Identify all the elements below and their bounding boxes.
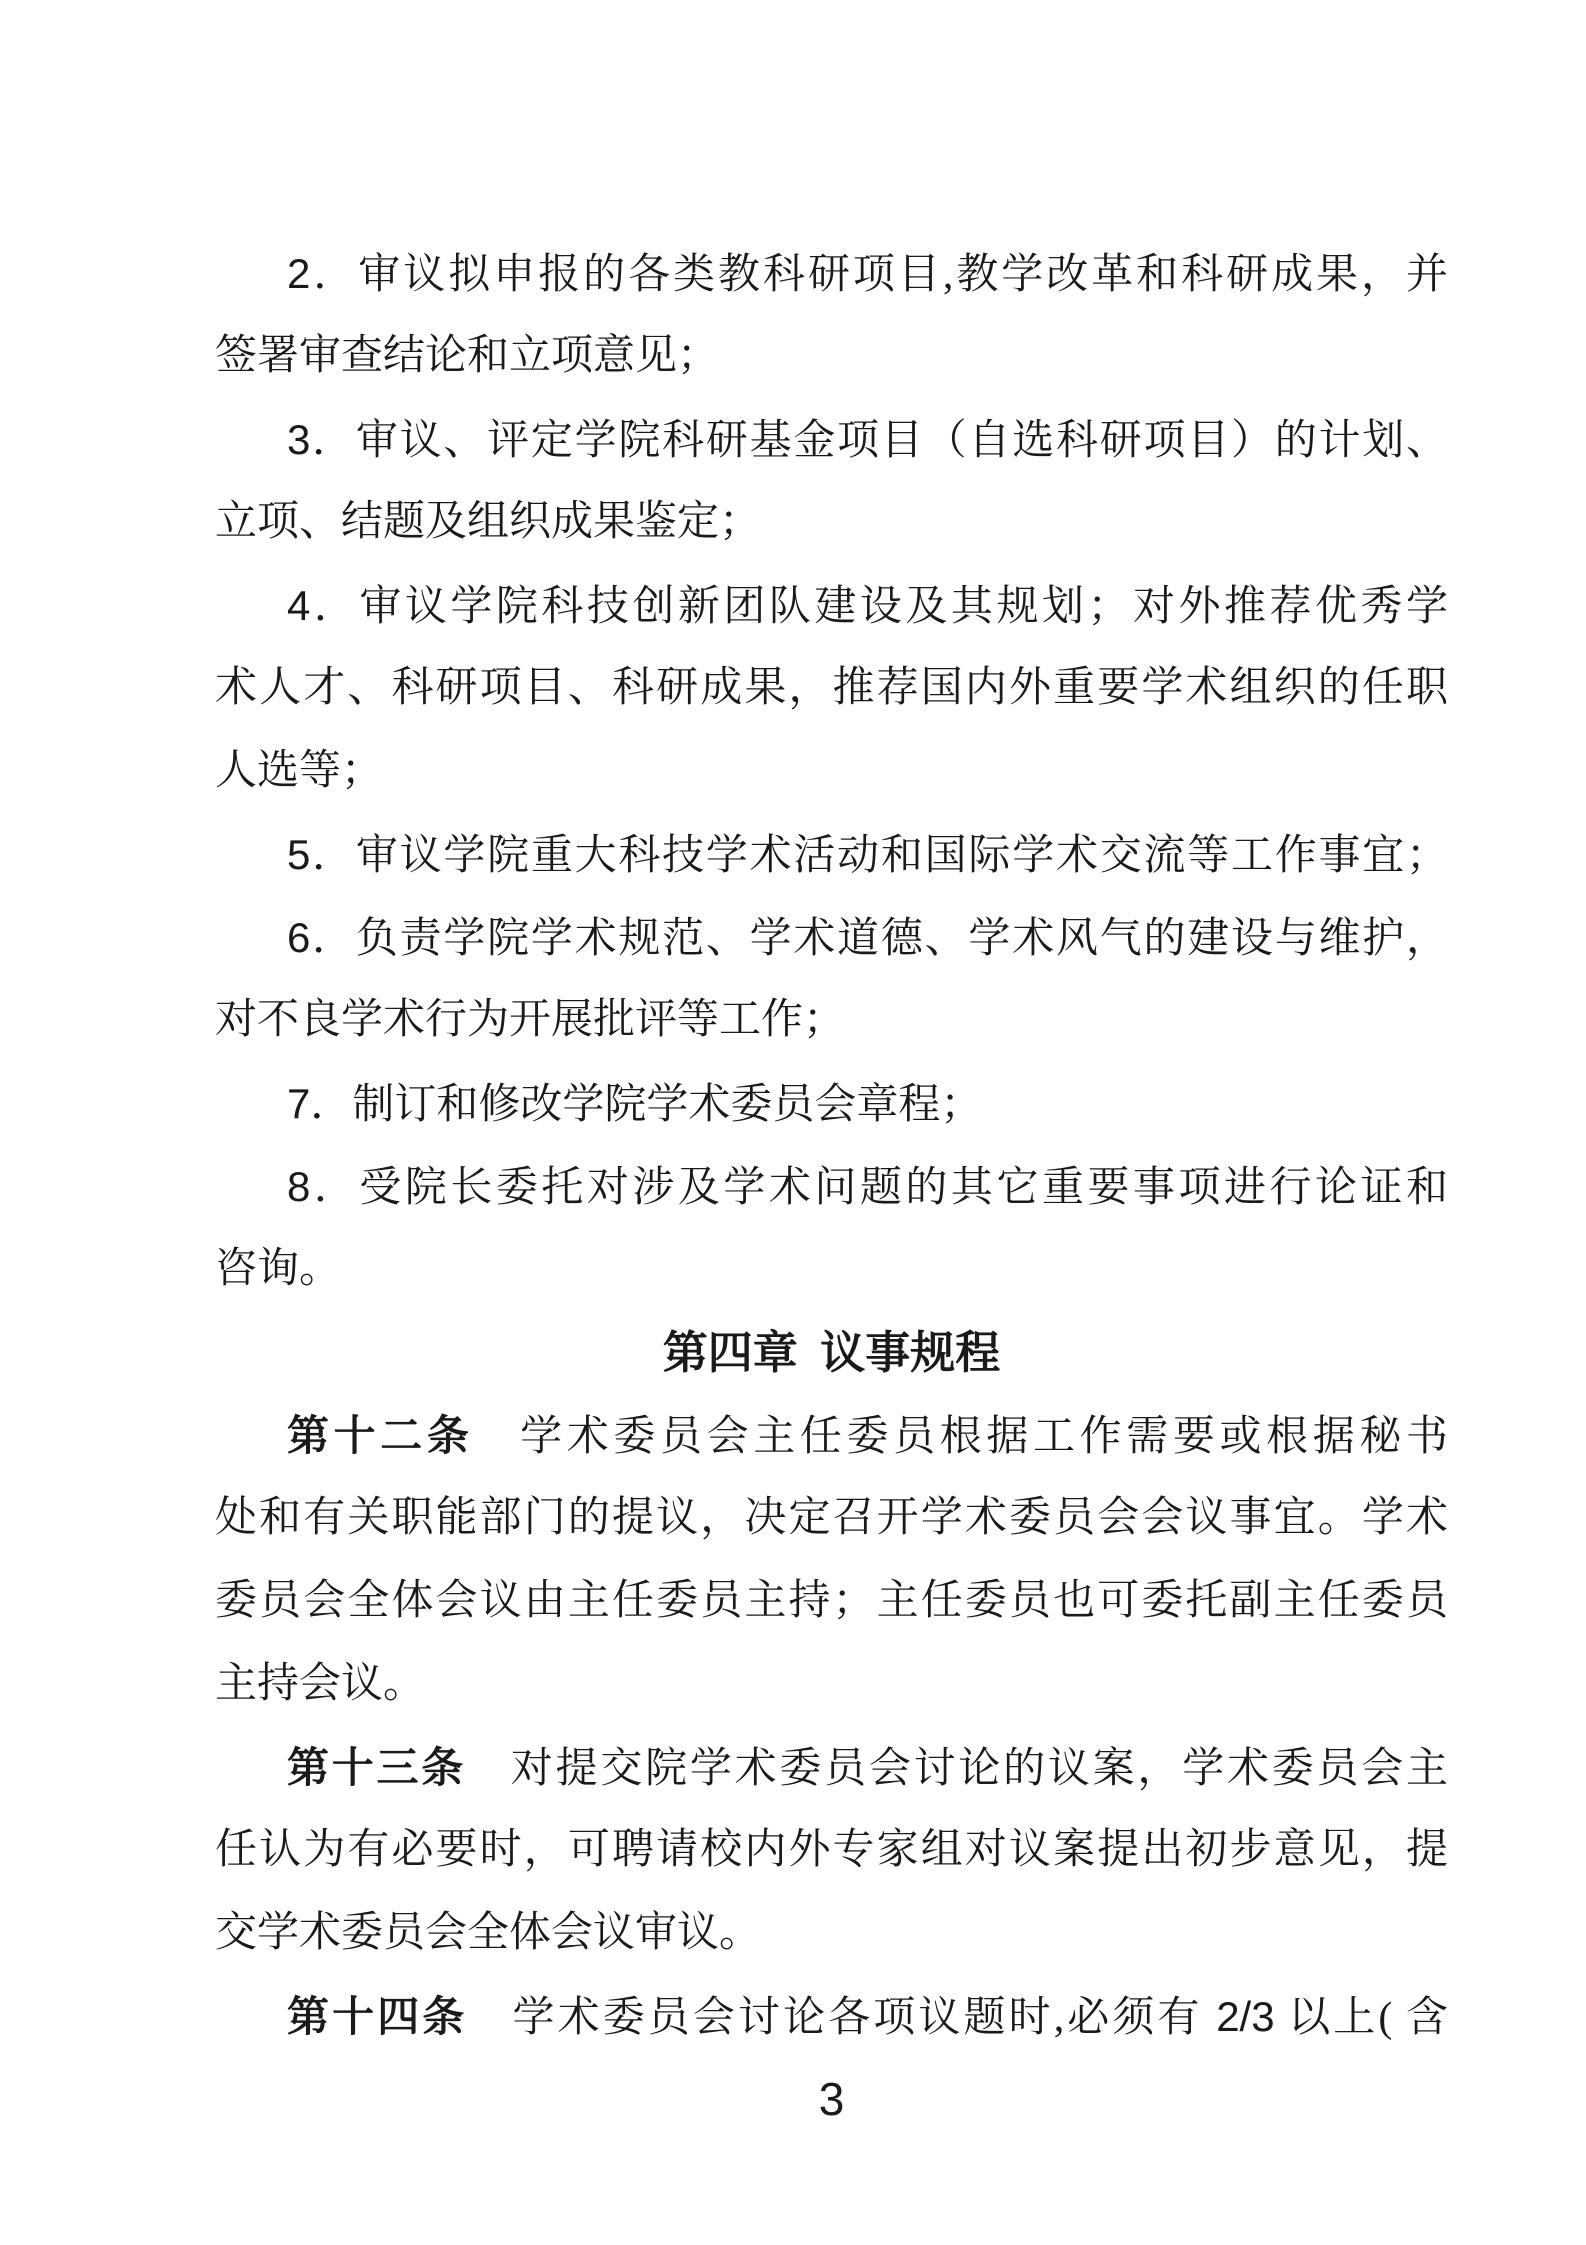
article-number: 第十二条 xyxy=(287,1412,474,1459)
body-text: ．受院长委托对涉及学术问题的其它重要事项进行论证和 xyxy=(310,1165,1448,1211)
list-item-8-line-1: 8．受院长委托对涉及学术问题的其它重要事项进行论证和 xyxy=(215,1145,1448,1228)
chapter-heading: 第四章 议事规程 xyxy=(215,1311,1448,1394)
article-number: 第十三条 xyxy=(287,1744,466,1791)
body-text: 以上( 含 xyxy=(1275,1995,1448,2041)
article-number: 第十四条 xyxy=(287,1993,467,2040)
body-text: ．制订和修改学院学术委员会章程； xyxy=(310,1082,982,1128)
list-item-4-line-3: 人选等； xyxy=(215,730,1448,813)
list-item-2-line-1: 2．审议拟申报的各类教科研项目,教学改革和科研成果，并 xyxy=(215,232,1448,315)
list-item-8-line-2: 咨询。 xyxy=(215,1228,1448,1311)
body-text: ．审议拟申报的各类教科研项目,教学改革和科研成果，并 xyxy=(310,252,1448,298)
list-number: 6 xyxy=(287,914,310,961)
article-12-line-3: 委员会全体会议由主任委员主持；主任委员也可委托副主任委员 xyxy=(215,1560,1448,1643)
article-12-line-2: 处和有关职能部门的提议，决定召开学术委员会会议事宜。学术 xyxy=(215,1477,1448,1560)
text-block: 2．审议拟申报的各类教科研项目,教学改革和科研成果，并 签署审查结论和立项意见；… xyxy=(215,232,1448,2058)
article-12-line-1: 第十二条 学术委员会主任委员根据工作需要或根据秘书 xyxy=(215,1394,1448,1477)
list-number: 3 xyxy=(287,416,310,463)
list-item-4-line-2: 术人才、科研项目、科研成果，推荐国内外重要学术组织的任职 xyxy=(215,647,1448,730)
article-14-line-1: 第十四条 学术委员会讨论各项议题时,必须有 2/3 以上( 含 xyxy=(215,1975,1448,2058)
body-text: ．审议学院科技创新团队建设及其规划；对外推荐优秀学 xyxy=(310,584,1448,630)
body-text: ．审议学院重大科技学术活动和国际学术交流等工作事宜； xyxy=(310,833,1448,879)
list-item-6-line-2: 对不良学术行为开展批评等工作； xyxy=(215,979,1448,1062)
list-number: 4 xyxy=(287,582,310,629)
article-13-line-1: 第十三条 对提交院学术委员会讨论的议案，学术委员会主 xyxy=(215,1726,1448,1809)
list-item-3-line-2: 立项、结题及组织成果鉴定； xyxy=(215,481,1448,564)
document-page: 2．审议拟申报的各类教科研项目,教学改革和科研成果，并 签署审查结论和立项意见；… xyxy=(0,0,1586,2245)
list-number: 8 xyxy=(287,1163,310,1210)
page-number: 3 xyxy=(215,2058,1448,2141)
body-text: 学术委员会主任委员根据工作需要或根据秘书 xyxy=(474,1414,1448,1460)
list-number: 7 xyxy=(287,1080,310,1127)
list-number: 5 xyxy=(287,831,310,878)
body-text: ．审议、评定学院科研基金项目（自选科研项目）的计划、 xyxy=(310,418,1448,464)
article-12-line-4: 主持会议。 xyxy=(215,1643,1448,1726)
list-item-2-line-2: 签署审查结论和立项意见； xyxy=(215,315,1448,398)
body-text: 学术委员会讨论各项议题时,必须有 xyxy=(467,1995,1216,2041)
list-number: 2 xyxy=(287,250,310,297)
list-item-7-line-1: 7．制订和修改学院学术委员会章程； xyxy=(215,1062,1448,1145)
list-item-5-line-1: 5．审议学院重大科技学术活动和国际学术交流等工作事宜； xyxy=(215,813,1448,896)
list-item-3-line-1: 3．审议、评定学院科研基金项目（自选科研项目）的计划、 xyxy=(215,398,1448,481)
article-13-line-3: 交学术委员会全体会议审议。 xyxy=(215,1892,1448,1975)
fraction-text: 2/3 xyxy=(1216,1993,1274,2040)
list-item-6-line-1: 6．负责学院学术规范、学术道德、学术风气的建设与维护， xyxy=(215,896,1448,979)
article-13-line-2: 任认为有必要时，可聘请校内外专家组对议案提出初步意见，提 xyxy=(215,1809,1448,1892)
body-text: 对提交院学术委员会讨论的议案，学术委员会主 xyxy=(466,1746,1448,1792)
body-text: ．负责学院学术规范、学术道德、学术风气的建设与维护， xyxy=(310,916,1448,962)
list-item-4-line-1: 4．审议学院科技创新团队建设及其规划；对外推荐优秀学 xyxy=(215,564,1448,647)
